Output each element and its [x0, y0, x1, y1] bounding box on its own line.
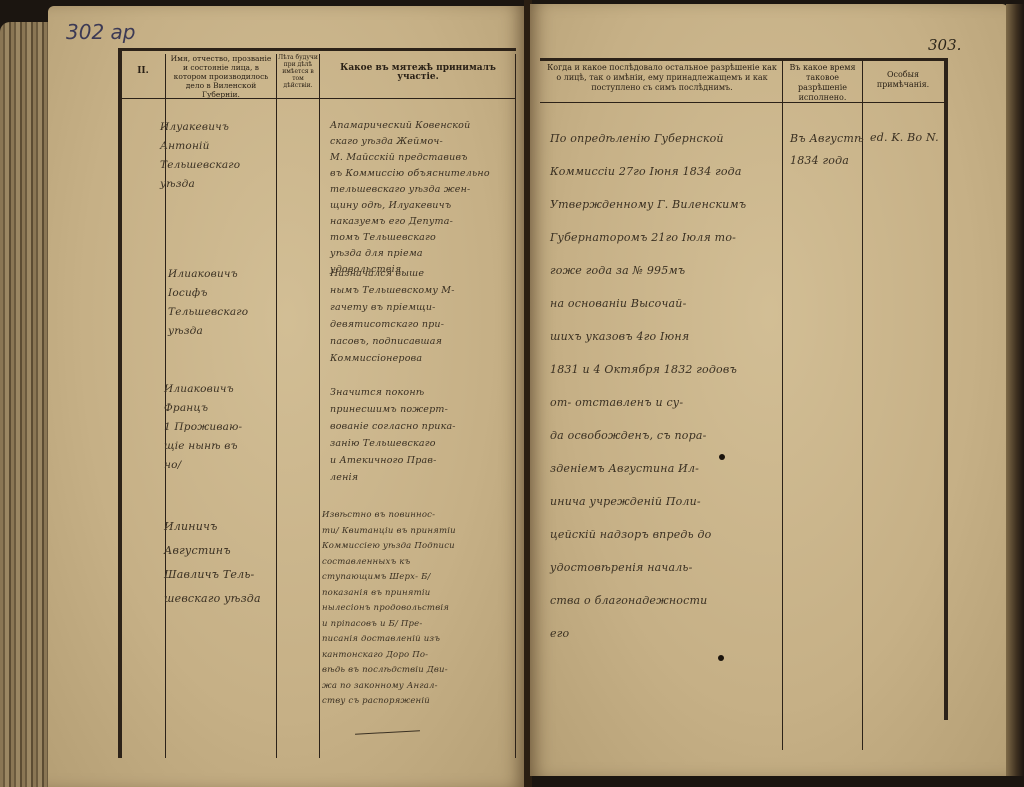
entry-3-participation: Значится поконѣ принесшимъ пожерт- вован…	[330, 384, 456, 486]
ink-blot	[719, 454, 725, 460]
entry-2-participation: Назначался выше нымъ Тельшевскому М- гач…	[330, 265, 455, 367]
table-top-rule	[540, 58, 948, 61]
header-execution-time: Въ какое время таковое разрѣшеніе исполн…	[784, 63, 861, 103]
entry-4-participation: Извѣстно въ повиннос- ти/ Квитанціи въ п…	[322, 508, 456, 710]
page-number: 303.	[928, 36, 961, 54]
col-divider	[515, 54, 516, 758]
remarks: ed. K. Bo N.	[870, 128, 939, 147]
header-resolution: Когда и какое послѣдовало остальное разр…	[545, 63, 779, 93]
entry-2-name: Илиаковичъ Іосифъ Тельшевскаго уѣзда	[168, 265, 248, 341]
open-register-book: 302 ap II. Имя, отчество, прозваніе и со…	[0, 0, 1024, 787]
col-divider	[276, 54, 277, 758]
ink-blot	[718, 655, 724, 661]
header-person: Имя, отчество, прозваніе и состояніе лиц…	[168, 54, 274, 99]
table-left-border	[118, 48, 122, 758]
archive-page-number: 302 ap	[66, 20, 135, 44]
table-right-border	[944, 58, 948, 720]
header-participation: Какое въ мятежѣ принималъ участіе.	[322, 64, 514, 82]
col-divider	[782, 60, 783, 750]
header-bottom-rule	[540, 102, 948, 103]
col-divider	[319, 54, 320, 758]
header-remarks: Особыя примѣчанія.	[864, 70, 942, 90]
entry-4-name: Илиничъ Августинъ Шавличъ Тель- шевскаго…	[164, 515, 261, 611]
entry-1-participation: Апамарический Ковенской скаго уѣзда Жейм…	[330, 118, 490, 278]
right-page-edge	[1006, 4, 1024, 776]
resolution-text: По опредѣленію Губернской Коммиссіи 27го…	[550, 122, 746, 650]
header-age: Лѣта будучи при дѣлѣ имѣется в том дѣйст…	[278, 54, 318, 89]
entry-1-name: Илуакевичъ Антоній Тельшевскаго уѣзда	[160, 118, 240, 194]
entry-3-name: Илиаковичъ Францъ 1 Проживаю- щіе нынѣ в…	[164, 380, 242, 475]
page-edges	[0, 22, 54, 787]
header-number: II.	[125, 67, 161, 76]
execution-time: Въ Августѣ 1834 года	[790, 128, 864, 172]
table-top-rule	[118, 48, 516, 51]
